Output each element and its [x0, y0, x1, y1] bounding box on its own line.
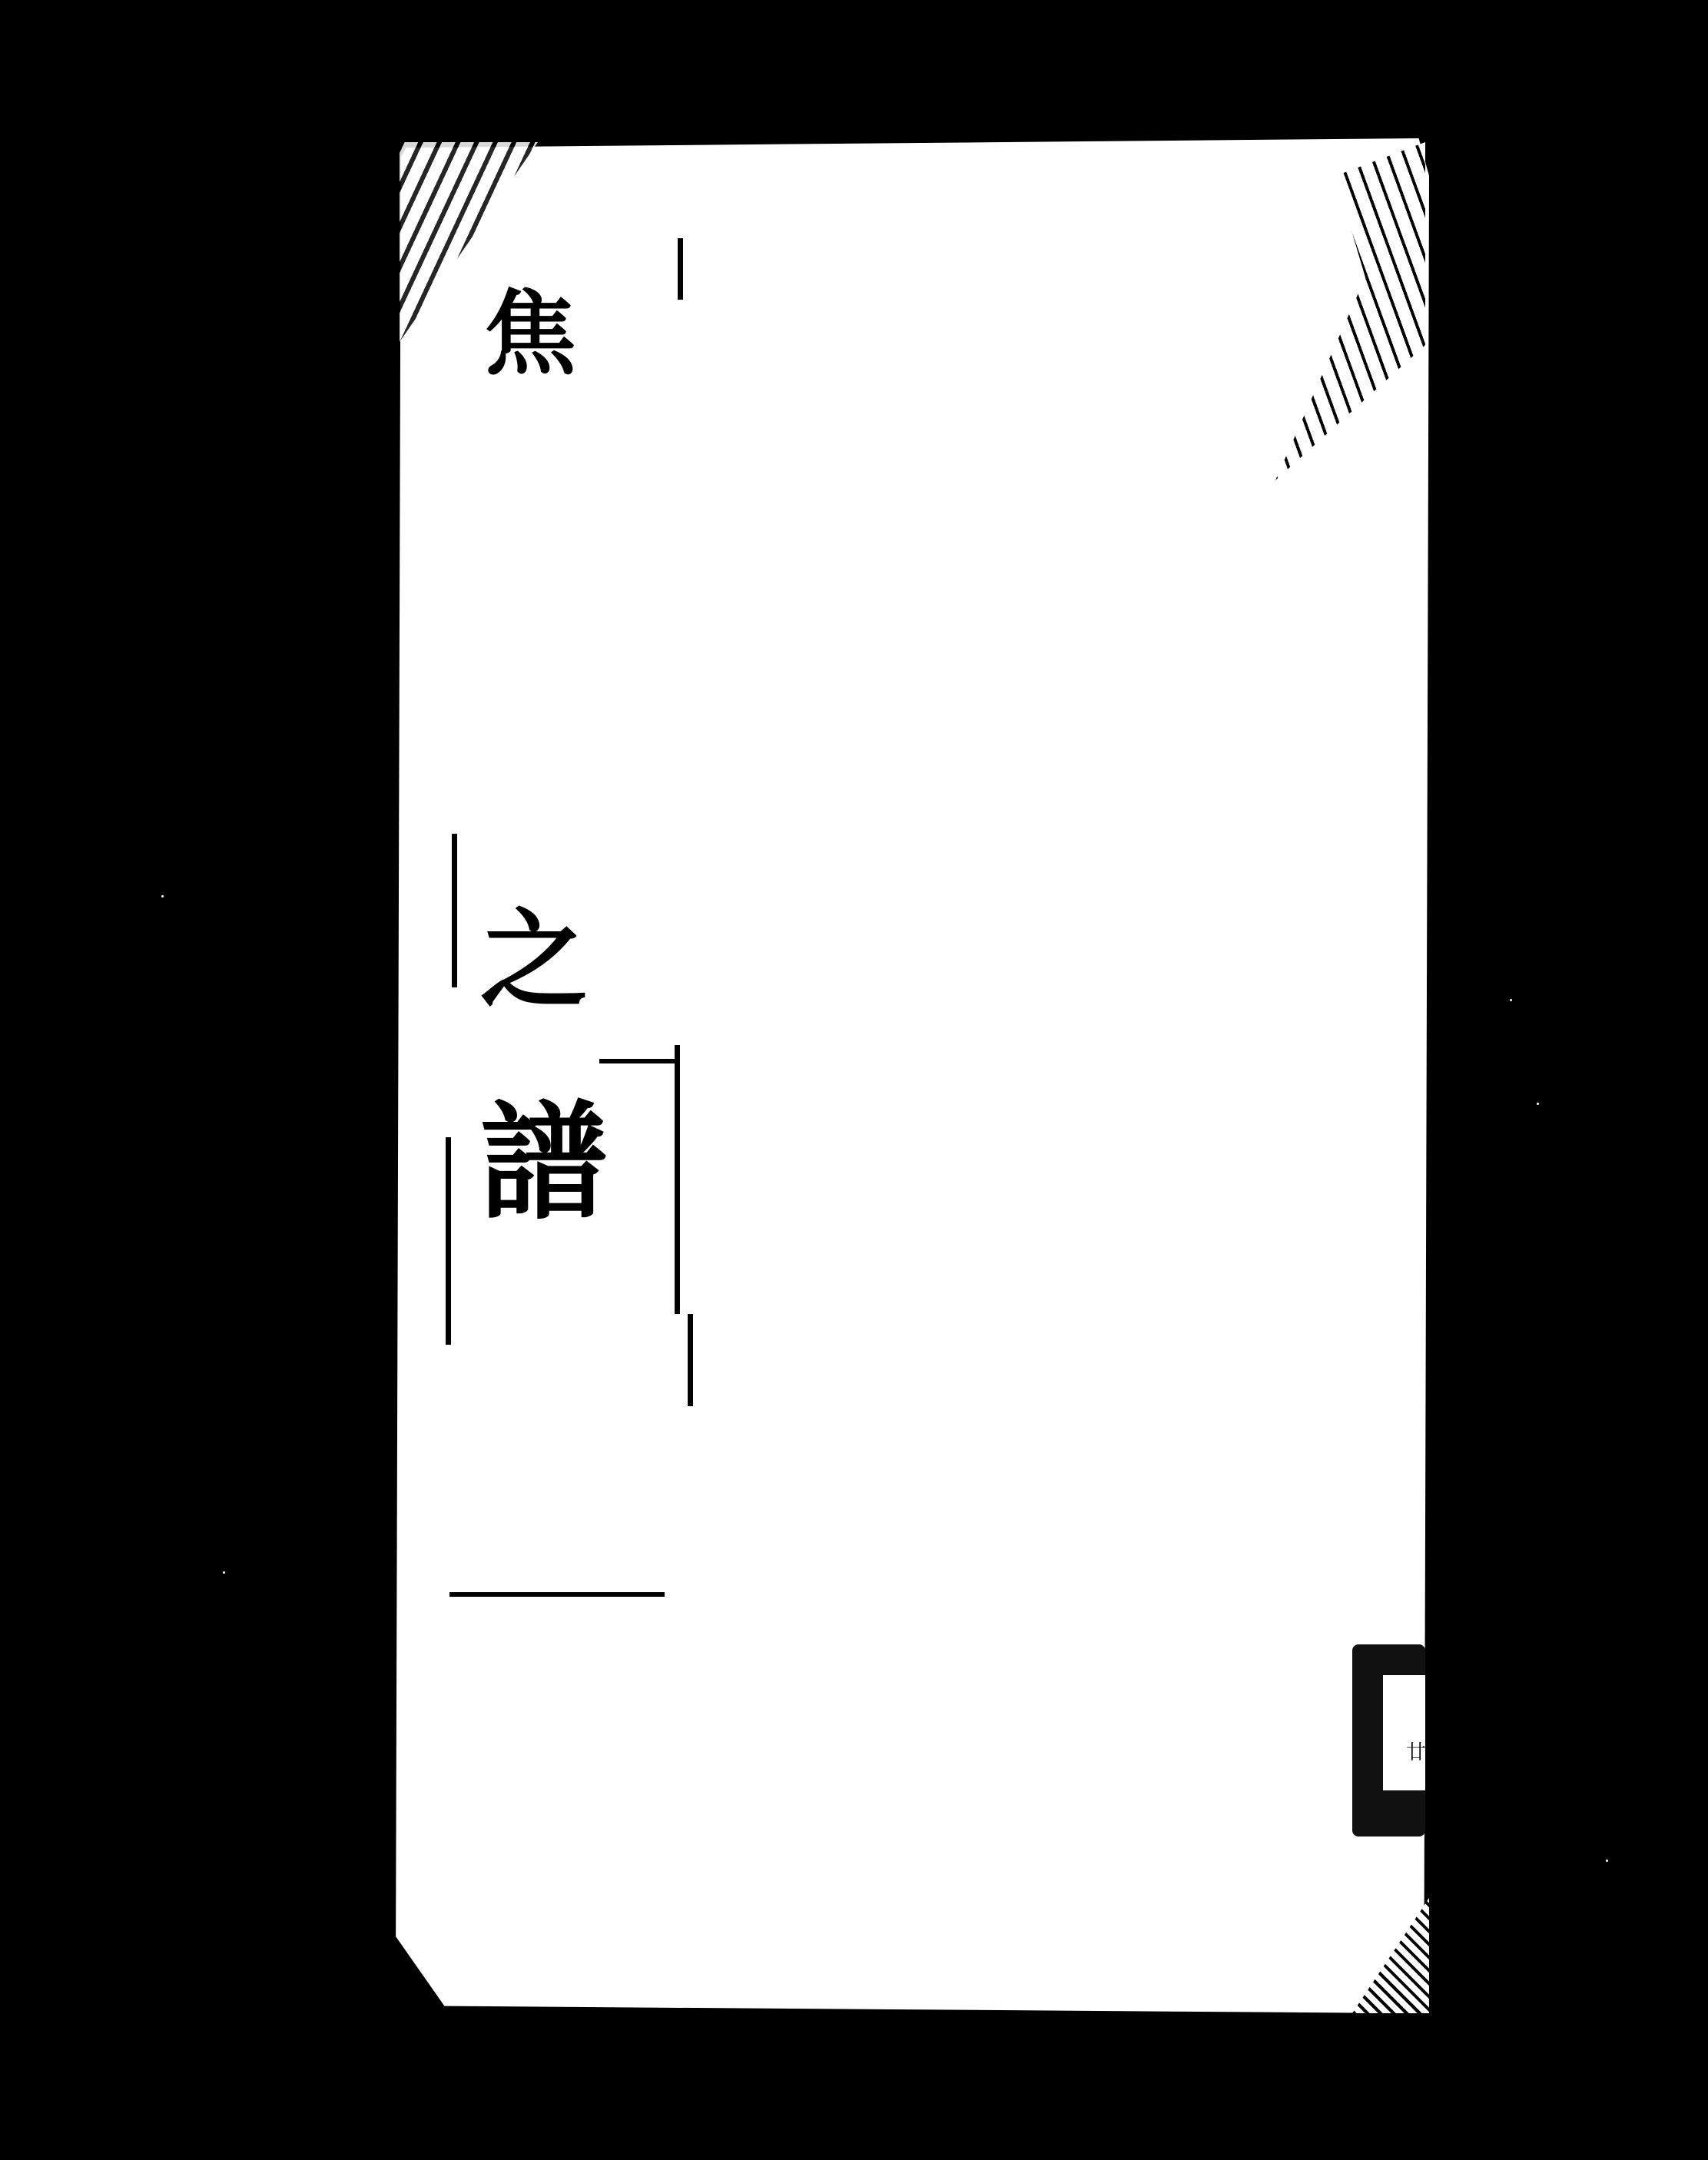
- book-cover-page: [396, 138, 1429, 2013]
- title-slip-border-left-upper: [452, 834, 457, 987]
- title-slip-border-top: [599, 1059, 680, 1063]
- title-char-middle: 之: [480, 907, 588, 1014]
- spine-label-mark: 廿: [1406, 1737, 1426, 1765]
- background-speck: [223, 1571, 225, 1574]
- background-speck: [1606, 1860, 1608, 1862]
- title-slip-border-left-lower: [446, 1137, 451, 1345]
- title-slip-mark-top: [678, 238, 683, 300]
- background-speck: [1510, 999, 1512, 1001]
- title-char-top-partial: 焦: [484, 288, 576, 380]
- background-speck: [161, 895, 164, 898]
- spine-label-paper: [1383, 1675, 1425, 1790]
- title-slip-border-right-lower: [688, 1314, 693, 1406]
- title-slip-border-right: [675, 1045, 680, 1314]
- background-speck: [1537, 1103, 1539, 1105]
- title-slip-border-bottom: [449, 1592, 665, 1597]
- title-char-main: 譜: [480, 1099, 607, 1226]
